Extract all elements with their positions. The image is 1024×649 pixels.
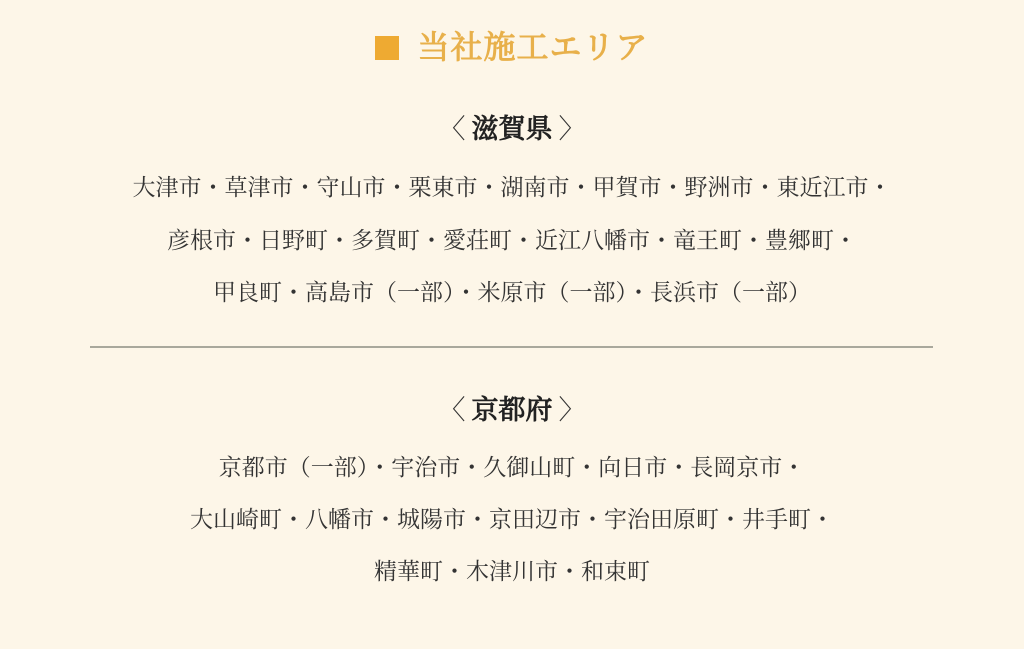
square-bullet-icon bbox=[375, 36, 399, 60]
area-list-line: 大山崎町・八幡市・城陽市・京田辺市・宇治田原町・井手町・ bbox=[0, 503, 1024, 537]
area-list-line: 彦根市・日野町・多賀町・愛荘町・近江八幡市・竜王町・豊郷町・ bbox=[0, 224, 1024, 258]
service-area-page: 当社施工エリア 〈滋賀県〉 大津市・草津市・守山市・栗東市・湖南市・甲賀市・野洲… bbox=[0, 0, 1024, 649]
section-divider bbox=[90, 346, 933, 348]
area-list-line: 甲良町・高島市（一部）・米原市（一部）・長浜市（一部） bbox=[0, 276, 1024, 310]
prefecture-name: 京都府 bbox=[472, 395, 553, 426]
section-title: 当社施工エリア bbox=[0, 24, 1024, 70]
area-list-line: 精華町・木津川市・和束町 bbox=[0, 555, 1024, 589]
bracket-close: 〉 bbox=[553, 110, 592, 150]
prefecture-heading-kyoto: 〈京都府〉 bbox=[0, 391, 1024, 431]
bracket-open: 〈 bbox=[433, 110, 472, 150]
prefecture-heading-shiga: 〈滋賀県〉 bbox=[0, 110, 1024, 150]
section-title-text: 当社施工エリア bbox=[417, 28, 648, 66]
area-list-line: 京都市（一部）・宇治市・久御山町・向日市・長岡京市・ bbox=[0, 451, 1024, 485]
area-list-line: 大津市・草津市・守山市・栗東市・湖南市・甲賀市・野洲市・東近江市・ bbox=[0, 171, 1024, 205]
bracket-open: 〈 bbox=[433, 391, 472, 431]
bracket-close: 〉 bbox=[553, 391, 592, 431]
prefecture-name: 滋賀県 bbox=[472, 114, 553, 145]
